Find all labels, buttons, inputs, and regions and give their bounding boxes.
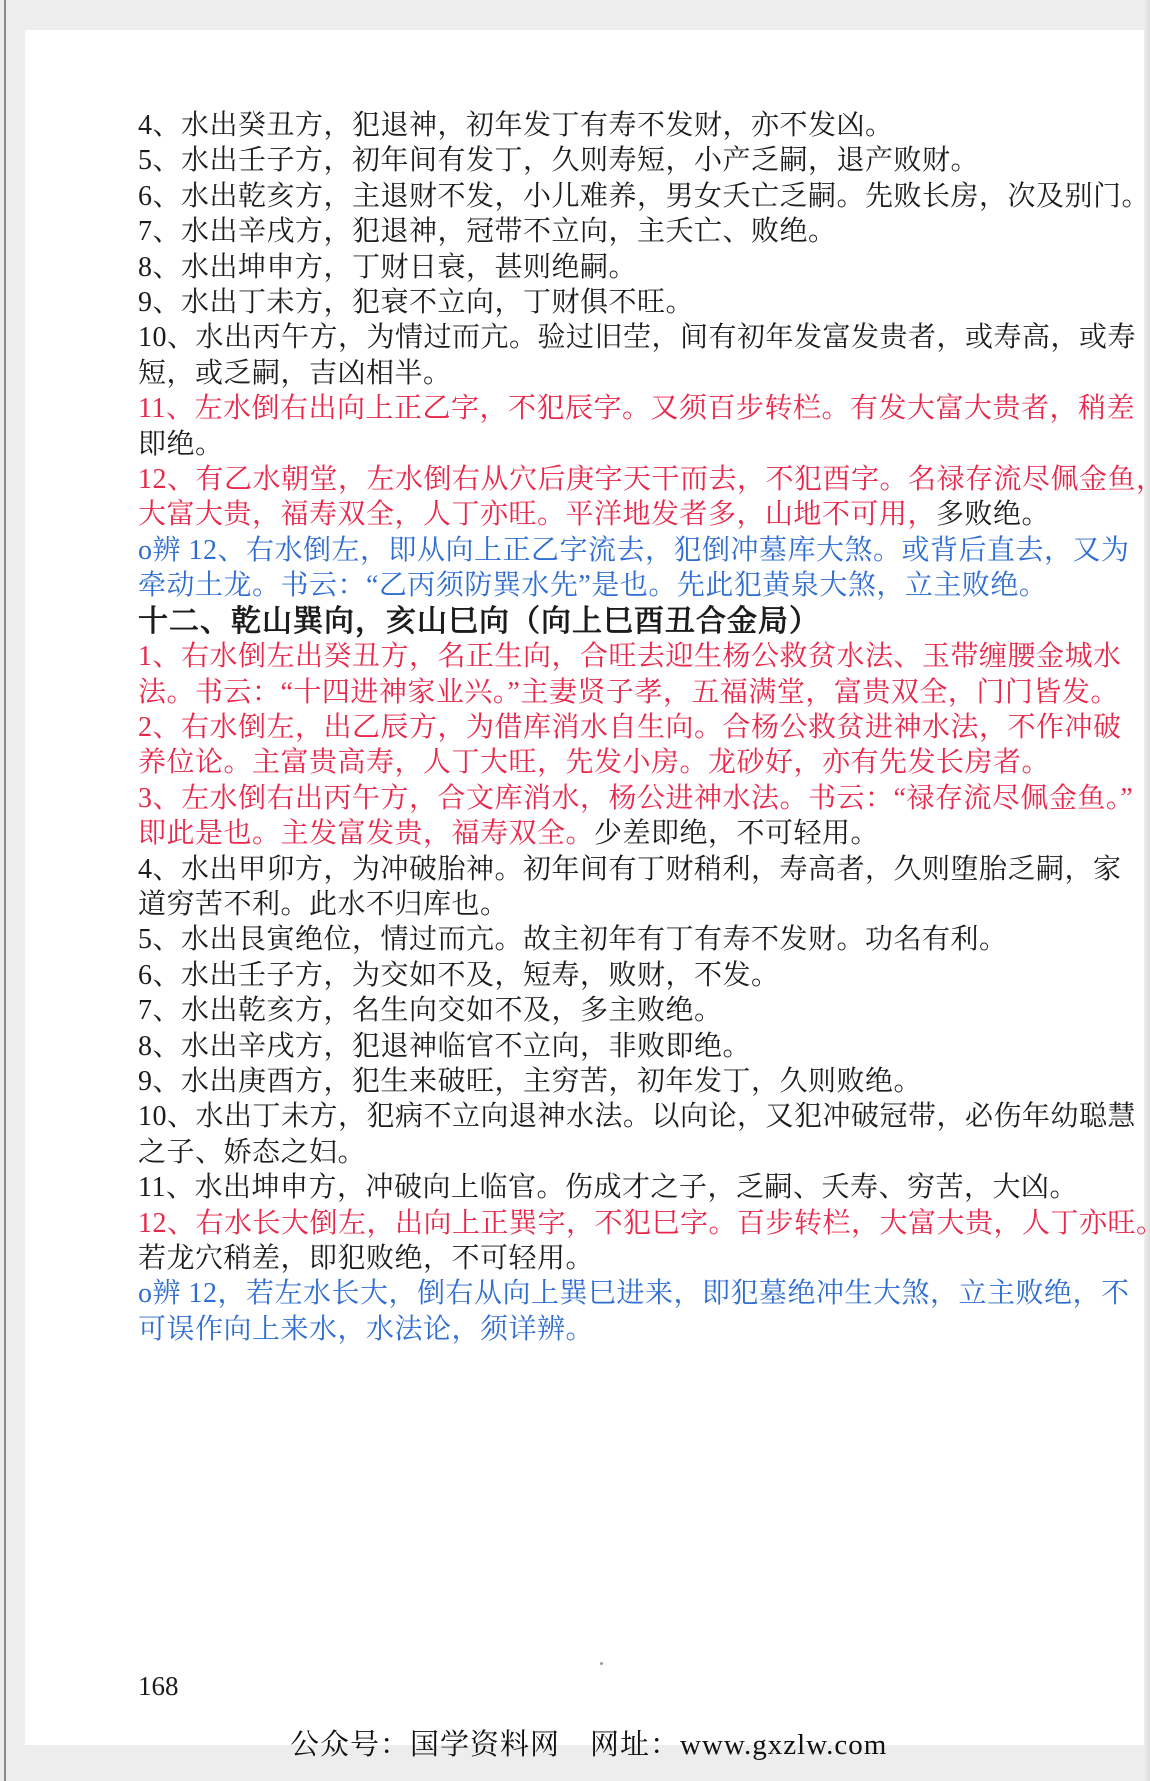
page-number: 168 [138, 1671, 179, 1702]
text-segment: 大富大贵，福寿双全，人丁亦旺。平洋地发者多，山地不可用， [138, 499, 936, 530]
text-line: o辨 12，若左水长大，倒右从向上巽巳进来，即犯墓绝冲生大煞，立主败绝，不 [138, 1276, 1074, 1311]
scan-right-shade [1144, 0, 1150, 1781]
paragraph: 9、水出庚酉方，犯生来破旺，主穷苦，初年发丁，久则败绝。 [138, 1064, 1074, 1099]
text-segment: 4、水出癸丑方，犯退神，初年发丁有寿不发财，亦不发凶。 [138, 110, 894, 141]
text-line: 9、水出庚酉方，犯生来破旺，主穷苦，初年发丁，久则败绝。 [138, 1064, 1074, 1099]
paragraph: 10、水出丁未方，犯病不立向退神水法。以向论，又犯冲破冠带，必伤年幼聪慧之子、娇… [138, 1099, 1074, 1170]
text-segment: 6、水出乾亥方，主退财不发，小儿难养，男女夭亡乏嗣。先败长房，次及别门。 [138, 181, 1150, 212]
text-line: 4、水出癸丑方，犯退神，初年发丁有寿不发财，亦不发凶。 [138, 108, 1074, 143]
text-segment: 6、水出壬子方，为交如不及，短寿，败财，不发。 [138, 960, 780, 991]
text-segment: 即绝。 [138, 429, 224, 460]
paragraph: 6、水出乾亥方，主退财不发，小儿难养，男女夭亡乏嗣。先败长房，次及别门。 [138, 179, 1074, 214]
paragraph: 8、水出辛戌方，犯退神临官不立向，非败即绝。 [138, 1029, 1074, 1064]
text-line: 6、水出壬子方，为交如不及，短寿，败财，不发。 [138, 958, 1074, 993]
text-segment: 9、水出丁未方，犯衰不立向，丁财俱不旺。 [138, 287, 694, 318]
text-segment: 10、水出丙午方，为情过而亢。验过旧茔，间有初年发富发贵者，或寿高，或寿 [138, 322, 1136, 353]
text-segment: 3、左水倒右出丙午方，合文库消水，杨公进神水法。书云：“禄存流尽佩金鱼。” [138, 783, 1133, 814]
text-segment: 少差即绝，不可轻用。 [594, 818, 879, 849]
text-line: 7、水出辛戌方，犯退神，冠带不立向，主夭亡、败绝。 [138, 214, 1074, 249]
text-line: 12、右水长大倒左，出向上正巽字，不犯巳字。百步转栏，大富大贵，人丁亦旺。 [138, 1206, 1074, 1241]
paragraph: 2、右水倒左，出乙辰方，为借库消水自生向。合杨公救贫进神水法，不作冲破养位论。主… [138, 710, 1074, 781]
text-line: 4、水出甲卯方，为冲破胎神。初年间有丁财稍利，寿高者，久则堕胎乏嗣，家 [138, 852, 1074, 887]
footer-publisher: 公众号：国学资料网 网址：www.gxzlw.com [290, 1722, 887, 1763]
paragraph: 11、水出坤申方，冲破向上临官。伤成才之子，乏嗣、夭寿、穷苦，大凶。 [138, 1170, 1074, 1205]
text-segment: 7、水出乾亥方，名生向交如不及，多主败绝。 [138, 995, 723, 1026]
text-segment: o辨 12，若左水长大，倒右从向上巽巳进来，即犯墓绝冲生大煞，立主败绝，不 [138, 1278, 1130, 1309]
paragraph: 9、水出丁未方，犯衰不立向，丁财俱不旺。 [138, 285, 1074, 320]
text-segment: 9、水出庚酉方，犯生来破旺，主穷苦，初年发丁，久则败绝。 [138, 1066, 922, 1097]
text-line: 即此是也。主发富发贵，福寿双全。少差即绝，不可轻用。 [138, 816, 1074, 851]
text-line: 短，或乏嗣，吉凶相半。 [138, 356, 1074, 391]
text-line: 11、左水倒右出向上正乙字，不犯辰字。又须百步转栏。有发大富大贵者，稍差 [138, 391, 1074, 426]
text-line: 3、左水倒右出丙午方，合文库消水，杨公进神水法。书云：“禄存流尽佩金鱼。” [138, 781, 1074, 816]
text-line: 大富大贵，福寿双全，人丁亦旺。平洋地发者多，山地不可用，多败绝。 [138, 497, 1074, 532]
scan-speck [600, 1662, 603, 1665]
text-line: 养位论。主富贵高寿，人丁大旺，先发小房。龙砂好，亦有先发长房者。 [138, 745, 1074, 780]
text-line: 道穷苦不利。此水不归库也。 [138, 887, 1074, 922]
text-segment: 10、水出丁未方，犯病不立向退神水法。以向论，又犯冲破冠带，必伤年幼聪慧 [138, 1101, 1136, 1132]
text-segment: 短，或乏嗣，吉凶相半。 [138, 358, 452, 389]
paragraph: 4、水出甲卯方，为冲破胎神。初年间有丁财稍利，寿高者，久则堕胎乏嗣，家道穷苦不利… [138, 852, 1074, 923]
text-line: 6、水出乾亥方，主退财不发，小儿难养，男女夭亡乏嗣。先败长房，次及别门。 [138, 179, 1074, 214]
text-content: 4、水出癸丑方，犯退神，初年发丁有寿不发财，亦不发凶。5、水出壬子方，初年间有发… [138, 108, 1074, 1347]
document-page: 4、水出癸丑方，犯退神，初年发丁有寿不发财，亦不发凶。5、水出壬子方，初年间有发… [25, 30, 1144, 1745]
text-segment: 法。书云：“十四进神家业兴。”主妻贤子孝，五福满堂，富贵双全，门门皆发。 [138, 677, 1119, 708]
text-line: 1、右水倒左出癸丑方，名正生向，合旺去迎生杨公救贫水法、玉带缠腰金城水 [138, 639, 1074, 674]
text-segment: 8、水出坤申方，丁财日衰，甚则绝嗣。 [138, 252, 637, 283]
text-segment: 养位论。主富贵高寿，人丁大旺，先发小房。龙砂好，亦有先发长房者。 [138, 747, 1050, 778]
text-line: 牵动土龙。书云：“乙丙须防巽水先”是也。先此犯黄泉大煞，立主败绝。 [138, 568, 1074, 603]
text-segment: o辨 12、右水倒左，即从向上正乙字流去，犯倒冲墓库大煞。或背后直去，又为 [138, 535, 1130, 566]
text-segment: 12、有乙水朝堂，左水倒右从穴后庚字天干而去，不犯酉字。名禄存流尽佩金鱼， [138, 464, 1150, 495]
text-line: 9、水出丁未方，犯衰不立向，丁财俱不旺。 [138, 285, 1074, 320]
text-line: 2、右水倒左，出乙辰方，为借库消水自生向。合杨公救贫进神水法，不作冲破 [138, 710, 1074, 745]
text-line: 5、水出壬子方，初年间有发丁，久则寿短，小产乏嗣，退产败财。 [138, 143, 1074, 178]
text-segment: 5、水出艮寅绝位，情过而亢。故主初年有丁有寿不发财。功名有利。 [138, 924, 1008, 955]
text-segment: 可误作向上来水，水法论，须详辨。 [138, 1314, 594, 1345]
text-line: 可误作向上来水，水法论，须详辨。 [138, 1312, 1074, 1347]
text-line: 法。书云：“十四进神家业兴。”主妻贤子孝，五福满堂，富贵双全，门门皆发。 [138, 675, 1074, 710]
text-line: 8、水出坤申方，丁财日衰，甚则绝嗣。 [138, 250, 1074, 285]
paragraph: 12、有乙水朝堂，左水倒右从穴后庚字天干而去，不犯酉字。名禄存流尽佩金鱼，大富大… [138, 462, 1074, 533]
text-line: 11、水出坤申方，冲破向上临官。伤成才之子，乏嗣、夭寿、穷苦，大凶。 [138, 1170, 1074, 1205]
text-segment: 5、水出壬子方，初年间有发丁，久则寿短，小产乏嗣，退产败财。 [138, 145, 979, 176]
text-segment: 2、右水倒左，出乙辰方，为借库消水自生向。合杨公救贫进神水法，不作冲破 [138, 712, 1122, 743]
text-line: 10、水出丁未方，犯病不立向退神水法。以向论，又犯冲破冠带，必伤年幼聪慧 [138, 1099, 1074, 1134]
text-segment: 多败绝。 [936, 499, 1050, 530]
paragraph: 3、左水倒右出丙午方，合文库消水，杨公进神水法。书云：“禄存流尽佩金鱼。”即此是… [138, 781, 1074, 852]
text-line: 十二、乾山巽向，亥山巳向（向上巳酉丑合金局） [138, 604, 1074, 639]
text-segment: 4、水出甲卯方，为冲破胎神。初年间有丁财稍利，寿高者，久则堕胎乏嗣，家 [138, 854, 1122, 885]
paragraph: 11、左水倒右出向上正乙字，不犯辰字。又须百步转栏。有发大富大贵者，稍差即绝。 [138, 391, 1074, 462]
text-segment: 十二、乾山巽向，亥山巳向（向上巳酉丑合金局） [138, 605, 820, 638]
text-segment: 11、左水倒右出向上正乙字，不犯辰字。又须百步转栏。有发大富大贵者，稍差 [138, 393, 1135, 424]
text-line: 5、水出艮寅绝位，情过而亢。故主初年有丁有寿不发财。功名有利。 [138, 922, 1074, 957]
paragraph: 7、水出乾亥方，名生向交如不及，多主败绝。 [138, 993, 1074, 1028]
text-segment: 8、水出辛戌方，犯退神临官不立向，非败即绝。 [138, 1031, 751, 1062]
scan-edge-line [4, 0, 6, 1781]
paragraph: 7、水出辛戌方，犯退神，冠带不立向，主夭亡、败绝。 [138, 214, 1074, 249]
paragraph: 5、水出壬子方，初年间有发丁，久则寿短，小产乏嗣，退产败财。 [138, 143, 1074, 178]
paragraph: 5、水出艮寅绝位，情过而亢。故主初年有丁有寿不发财。功名有利。 [138, 922, 1074, 957]
text-line: 之子、娇态之妇。 [138, 1135, 1074, 1170]
text-line: 8、水出辛戌方，犯退神临官不立向，非败即绝。 [138, 1029, 1074, 1064]
text-segment: 即此是也。主发富发贵，福寿双全。 [138, 818, 594, 849]
text-line: 即绝。 [138, 427, 1074, 462]
text-segment: 11、水出坤申方，冲破向上临官。伤成才之子，乏嗣、夭寿、穷苦，大凶。 [138, 1172, 1078, 1203]
text-segment: 7、水出辛戌方，犯退神，冠带不立向，主夭亡、败绝。 [138, 216, 837, 247]
text-segment: 12、右水长大倒左，出向上正巽字，不犯巳字。百步转栏，大富大贵，人丁亦旺。 [138, 1208, 1150, 1239]
text-segment: 若龙穴稍差，即犯败绝，不可轻用。 [138, 1243, 594, 1274]
section-heading: 十二、乾山巽向，亥山巳向（向上巳酉丑合金局） [138, 604, 1074, 639]
paragraph: o辨 12、右水倒左，即从向上正乙字流去，犯倒冲墓库大煞。或背后直去，又为牵动土… [138, 533, 1074, 604]
paragraph: 8、水出坤申方，丁财日衰，甚则绝嗣。 [138, 250, 1074, 285]
text-segment: 之子、娇态之妇。 [138, 1137, 366, 1168]
text-line: 10、水出丙午方，为情过而亢。验过旧茔，间有初年发富发贵者，或寿高，或寿 [138, 320, 1074, 355]
text-segment: 1、右水倒左出癸丑方，名正生向，合旺去迎生杨公救贫水法、玉带缠腰金城水 [138, 641, 1122, 672]
text-line: 若龙穴稍差，即犯败绝，不可轻用。 [138, 1241, 1074, 1276]
paragraph: 10、水出丙午方，为情过而亢。验过旧茔，间有初年发富发贵者，或寿高，或寿短，或乏… [138, 320, 1074, 391]
text-segment: 牵动土龙。书云：“乙丙须防巽水先”是也。先此犯黄泉大煞，立主败绝。 [138, 570, 1047, 601]
text-line: 7、水出乾亥方，名生向交如不及，多主败绝。 [138, 993, 1074, 1028]
paragraph: 12、右水长大倒左，出向上正巽字，不犯巳字。百步转栏，大富大贵，人丁亦旺。若龙穴… [138, 1206, 1074, 1277]
text-line: o辨 12、右水倒左，即从向上正乙字流去，犯倒冲墓库大煞。或背后直去，又为 [138, 533, 1074, 568]
paragraph: 6、水出壬子方，为交如不及，短寿，败财，不发。 [138, 958, 1074, 993]
paragraph: 1、右水倒左出癸丑方，名正生向，合旺去迎生杨公救贫水法、玉带缠腰金城水法。书云：… [138, 639, 1074, 710]
paragraph: 4、水出癸丑方，犯退神，初年发丁有寿不发财，亦不发凶。 [138, 108, 1074, 143]
text-segment: 道穷苦不利。此水不归库也。 [138, 889, 509, 920]
text-line: 12、有乙水朝堂，左水倒右从穴后庚字天干而去，不犯酉字。名禄存流尽佩金鱼， [138, 462, 1074, 497]
paragraph: o辨 12，若左水长大，倒右从向上巽巳进来，即犯墓绝冲生大煞，立主败绝，不可误作… [138, 1276, 1074, 1347]
